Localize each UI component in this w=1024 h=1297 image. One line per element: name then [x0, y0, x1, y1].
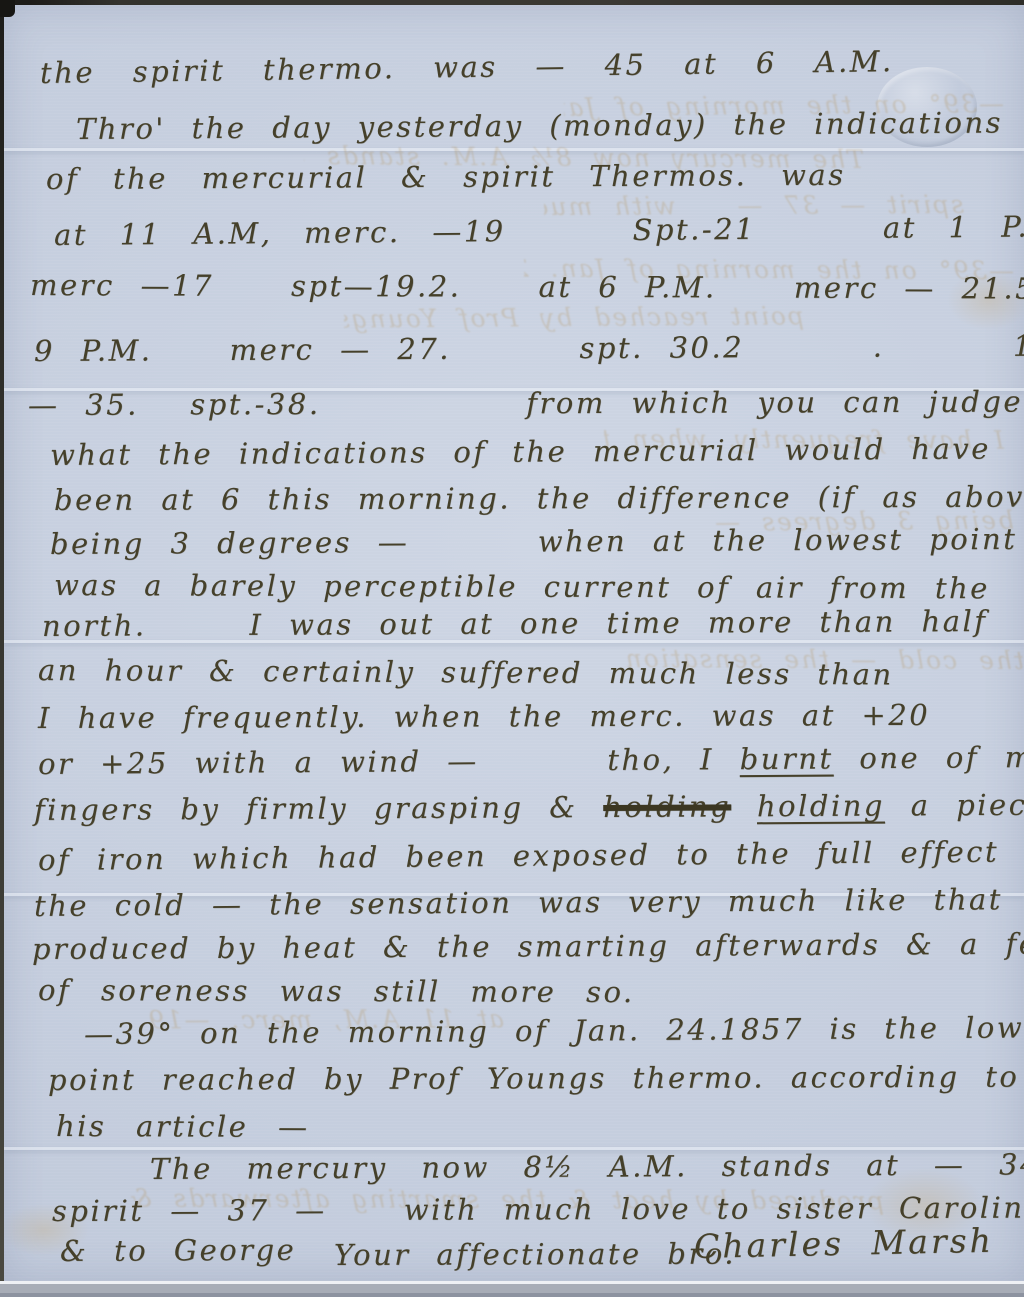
line-text: fingers by firmly grasping & — [34, 790, 603, 827]
underlined-word: holding — [757, 789, 885, 824]
letter-line: produced by heat & the smarting afterwar… — [32, 925, 1024, 967]
letter-line: north. I was out at one time more than h… — [42, 603, 988, 644]
letter-line: The mercury now 8½ A.M. stands at — 34 — [150, 1146, 1024, 1187]
struck-word: holding — [603, 789, 731, 824]
letter-line: an hour & certainly suffered much less t… — [38, 652, 894, 692]
underlined-word: burnt — [740, 741, 834, 776]
letter-line: Thro' the day yesterday (monday) the ind… — [76, 105, 1003, 147]
letter-line: his article — — [56, 1108, 310, 1145]
letter-line: & to George — [60, 1232, 296, 1269]
letter-line: was a barely perceptible current of air … — [54, 567, 990, 606]
letter-line: point reached by Prof Youngs thermo. acc… — [48, 1059, 1019, 1098]
signature: Charles Marsh — [694, 1223, 995, 1265]
letter-line: been at 6 this morning. the difference (… — [54, 478, 1024, 518]
letter-line: the spirit thermo. was — 45 at 6 A.M. — [40, 43, 894, 91]
scan-corner — [0, 0, 15, 17]
closing-line: Your affectionate bro. — [334, 1236, 736, 1273]
letter-paper: —39° on the morning of Jan. 24.1857 is t… — [4, 5, 1024, 1281]
letter-line: the cold — the sensation was very much l… — [34, 881, 1003, 924]
scanned-letter-page: —39° on the morning of Jan. 24.1857 is t… — [0, 0, 1024, 1297]
letter-line: —39° on the morning of Jan. 24.1857 is t… — [84, 1009, 1024, 1052]
scan-edge-top — [0, 0, 1024, 5]
letter-line: being 3 degrees — when at the lowest poi… — [50, 520, 1024, 562]
scan-edge-left — [0, 0, 4, 1281]
letter-line: of the mercurial & spirit Thermos. was — [46, 157, 846, 197]
line-text: a piece — [885, 788, 1024, 823]
line-text: one of my — [833, 740, 1024, 776]
letter-line: merc —17 spt—19.2. at 6 P.M. merc — 21.5… — [30, 267, 1024, 307]
letter-line: I have frequently. when the merc. was at… — [38, 697, 930, 736]
scan-edge-bottom — [0, 1281, 1024, 1297]
line-text — [731, 789, 757, 823]
line-text: or +25 with a wind — tho, I — [38, 742, 740, 781]
letter-line: what the indications of the mercurial wo… — [50, 430, 991, 473]
letter-line: of soreness was still more so. — [38, 972, 635, 1010]
letter-line: — 35. spt.-38. from which you can judge — [28, 384, 1023, 423]
letter-line: at 11 A.M, merc. —19 Spt.-21 at 1 P.M — [54, 208, 1024, 253]
letter-line: 9 P.M. merc — 27. spt. 30.2 . 11½ P.M. m… — [34, 326, 1024, 369]
fold-crease — [4, 148, 1024, 151]
letter-line: or +25 with a wind — tho, I burnt one of… — [38, 739, 1024, 782]
letter-line: fingers by firmly grasping & holding hol… — [34, 787, 1024, 828]
letter-line: of iron which had been exposed to the fu… — [38, 833, 1024, 878]
